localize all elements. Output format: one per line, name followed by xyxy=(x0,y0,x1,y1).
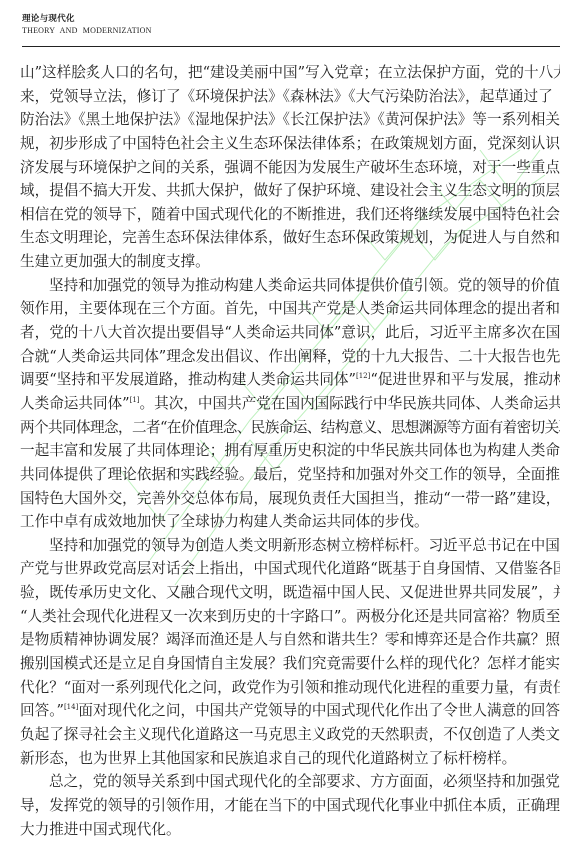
text-line: 者，党的十八大首次提出要倡导“人类命运共同体”意识，此后，习近平主席多次在国际场 xyxy=(20,321,560,345)
text-segment: 两个共同体理念，二者“在价值理念、民族命运、结构意义、思想渊源等方面有着密切关联… xyxy=(20,419,560,436)
paragraph-4: 总之，党的领导关系到中国式现代化的全部要求、方方面面，必须坚持和加强党的领 导，… xyxy=(20,770,560,841)
text-line-with-citation: 回答。”[14]面对现代化之问，中国共产党领导的中国式现代化作出了令世人满意的回… xyxy=(20,699,560,723)
text-line: 域，提倡不搞大开发、共抓大保护，做好了保护环境、建设社会主义生态文明的顶层设计。 xyxy=(20,179,560,203)
paragraph-2: 坚持和加强党的领导为推动构建人类命运共同体提供价值引领。党的领导的价值引 领作用… xyxy=(20,274,560,534)
text-line: 验，既传承历史文化、又融合现代文明，既造福中国人民、又促进世界共同发展”，并强调 xyxy=(20,581,560,605)
text-segment: 面对现代化之问，中国共产党领导的中国式现代化作出了令世人满意的回答，担 xyxy=(78,702,560,719)
text-line-with-citation: 人类命运共同体”[1]。其次，中国共产党在国内国际践行中华民族共同体、人类命运共… xyxy=(20,392,560,416)
text-line-with-citation: 两个共同体理念，二者“在价值理念、民族命运、结构意义、思想渊源等方面有着密切关联… xyxy=(20,416,560,440)
paragraph-1: 山”这样脍炙人口的名句，把“建设美丽中国”写入党章；在立法保护方面，党的十八大以… xyxy=(20,61,560,274)
text-line: 产党与世界政党高层对话会上指出，中国式现代化道路“既基于自身国情、又借鉴各国经 xyxy=(20,557,560,581)
citation-1[interactable]: [1] xyxy=(130,396,140,404)
text-segment: 。其次，中国共产党在国内国际践行中华民族共同体、人类命运共同体 xyxy=(140,395,560,412)
text-line: 相信在党的领导下，随着中国式现代化的不断推进，我们还将继续发展中国特色社会主义 xyxy=(20,203,560,227)
text-line: 搬别国模式还是立足自身国情自主发展？我们究竟需要什么样的现代化？怎样才能实现现 xyxy=(20,652,560,676)
text-line: 负起了探寻社会主义现代化道路这一马克思主义政党的天然职责，不仅创造了人类文明 xyxy=(20,723,560,747)
text-line: 合就“人类命运共同体”理念发出倡议、作出阐释，党的十九大报告、二十大报告也先后强 xyxy=(20,345,560,369)
citation-14[interactable]: [14] xyxy=(64,703,78,711)
text-line: 导，发挥党的领导的引领作用，才能在当下的中国式现代化事业中抓住本质，正确理解和 xyxy=(20,794,560,818)
text-segment: 人类命运共同体” xyxy=(20,395,130,412)
journal-title-cn: 理论与现代化 xyxy=(22,14,152,25)
journal-title-en: THEORY AND MODERNIZATION xyxy=(22,25,152,36)
paragraph-3: 坚持和加强党的领导为创造人类文明新形态树立榜样标杆。习近平总书记在中国共 产党与… xyxy=(20,534,560,770)
text-segment: 调要“坚持和平发展道路，推动构建人类命运共同体” xyxy=(20,371,356,388)
text-line: 领作用，主要体现在三个方面。首先，中国共产党是人类命运共同体理念的提出者和倡导 xyxy=(20,297,560,321)
text-line: 坚持和加强党的领导为推动构建人类命运共同体提供价值引领。党的领导的价值引 xyxy=(20,274,560,298)
text-line: 生建立更加强大的制度支撑。 xyxy=(20,250,560,274)
text-line: 生态文明理论，完善生态环保法律体系，做好生态环保政策规划，为促进人与自然和谐共 xyxy=(20,226,560,250)
text-line: 来，党领导立法，修订了《环境保护法》《森林法》《大气污染防治法》，起草通过了《土… xyxy=(20,85,560,109)
text-line-with-citation: 调要“坚持和平发展道路，推动构建人类命运共同体”[12]“促进世界和平与发展，推… xyxy=(20,368,560,392)
text-line: 山”这样脍炙人口的名句，把“建设美丽中国”写入党章；在立法保护方面，党的十八大以 xyxy=(20,61,560,85)
text-line: 总之，党的领导关系到中国式现代化的全部要求、方方面面，必须坚持和加强党的领 xyxy=(20,770,560,794)
text-line: 是物质精神协调发展？竭泽而渔还是人与自然和谐共生？零和博弈还是合作共赢？照抄照 xyxy=(20,628,560,652)
text-line: 济发展与环境保护之间的关系，强调不能因为发展生产破坏生态环境，对于一些重点区 xyxy=(20,156,560,180)
text-line: 工作中卓有成效地加快了全球协力构建人类命运共同体的步伐。 xyxy=(20,510,560,534)
citation-12[interactable]: [12] xyxy=(356,372,370,380)
article-body: 山”这样脍炙人口的名句，把“建设美丽中国”写入党章；在立法保护方面，党的十八大以… xyxy=(20,61,560,841)
text-line: 共同体提供了理论依据和实践经验。最后，党坚持和加强对外交工作的领导，全面推进中 xyxy=(20,463,560,487)
text-line: 国特色大国外交，完善外交总体布局，展现负责任大国担当，推动“一带一路”建设，在外… xyxy=(20,487,560,511)
document-page: 理论与现代化 THEORY AND MODERNIZATION 山”这样脍炙人口… xyxy=(0,0,580,857)
journal-header: 理论与现代化 THEORY AND MODERNIZATION xyxy=(22,14,152,36)
text-segment: 回答。” xyxy=(20,702,64,719)
text-segment: “促进世界和平与发展，推动构建 xyxy=(370,371,560,388)
text-line: “人类社会现代化进程又一次来到历史的十字路口”。两极分化还是共同富裕？物质至上还 xyxy=(20,605,560,629)
text-line: 新形态，也为世界上其他国家和民族追求自己的现代化道路树立了标杆榜样。 xyxy=(20,747,560,771)
text-line: 代化？“面对一系列现代化之问，政党作为引领和推动现代化进程的重要力量，有责任作出 xyxy=(20,676,560,700)
text-line: 坚持和加强党的领导为创造人类文明新形态树立榜样标杆。习近平总书记在中国共 xyxy=(20,534,560,558)
text-line: 大力推进中国式现代化。 xyxy=(20,818,560,842)
text-line: 规，初步形成了中国特色社会主义生态环保法律体系；在政策规划方面，党深刻认识到经 xyxy=(20,132,560,156)
header-divider xyxy=(22,46,560,47)
text-line: 防治法》《黑土地保护法》《湿地保护法》《长江保护法》《黄河保护法》等一系列相关法… xyxy=(20,108,560,132)
text-line: 一起丰富和发展了共同体理论；拥有厚重历史积淀的中华民族共同体也为构建人类命运 xyxy=(20,439,560,463)
